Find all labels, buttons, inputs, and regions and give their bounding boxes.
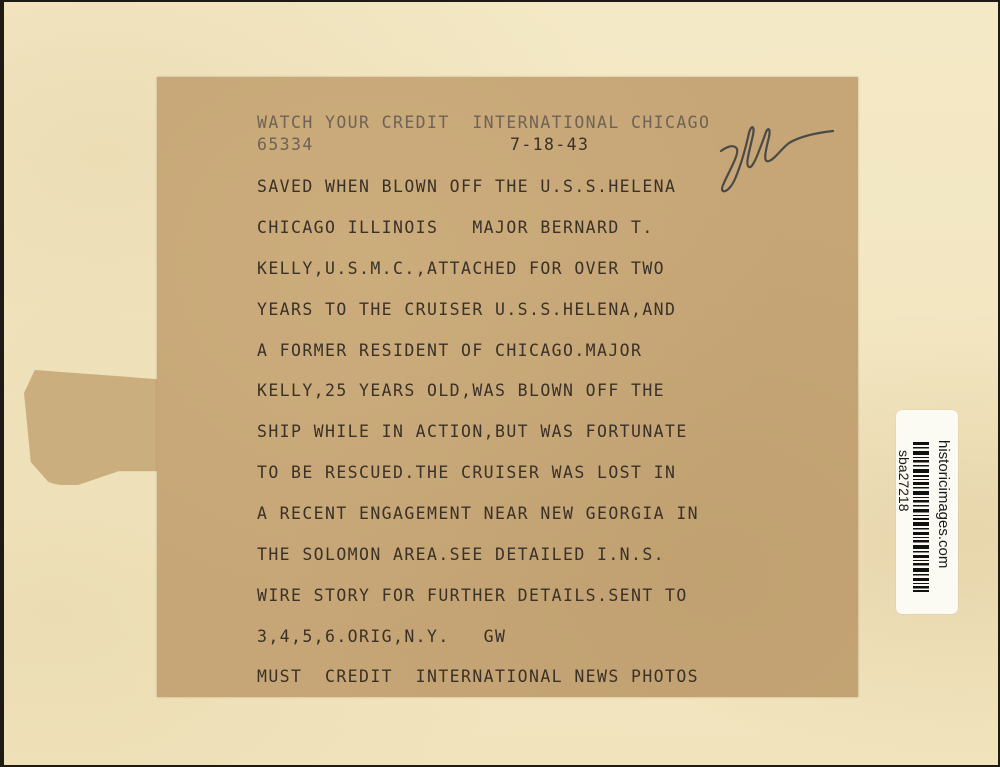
label-sku: sba27218 [896,450,912,512]
caption-line: KELLY,U.S.M.C.,ATTACHED FOR OVER TWO [257,261,665,278]
barcode-icon [913,442,929,592]
caption-line: WIRE STORY FOR FURTHER DETAILS.SENT TO [257,588,688,605]
credit-header: WATCH YOUR CREDIT INTERNATIONAL CHICAGO [257,115,710,132]
caption-line: A RECENT ENGAGEMENT NEAR NEW GEORGIA IN [257,506,699,523]
caption-line: YEARS TO THE CRUISER U.S.S.HELENA,AND [257,302,676,319]
caption-sheet: WATCH YOUR CREDIT INTERNATIONAL CHICAGO … [157,77,858,697]
inventory-label: historicimages.com sba27218 [896,410,958,614]
caption-line: A FORMER RESIDENT OF CHICAGO.MAJOR [257,343,642,360]
caption-line: THE SOLOMON AREA.SEE DETAILED I.N.S. [257,547,665,564]
caption-line: SHIP WHILE IN ACTION,BUT WAS FORTUNATE [257,424,688,441]
caption-line: CHICAGO ILLINOIS MAJOR BERNARD T. [257,220,654,237]
label-site: historicimages.com [935,440,952,568]
caption-line: KELLY,25 YEARS OLD,WAS BLOWN OFF THE [257,383,665,400]
distribution-line: 3,4,5,6.ORIG,N.Y. GW [257,629,506,646]
handwritten-file-note-icon [715,115,835,195]
credit-footer: MUST CREDIT INTERNATIONAL NEWS PHOTOS [257,669,699,686]
glue-stain [24,370,159,485]
caption-date: 7-18-43 [510,137,589,154]
photo-number: 65334 [257,137,314,154]
photo-back: WATCH YOUR CREDIT INTERNATIONAL CHICAGO … [4,2,998,765]
caption-line: TO BE RESCUED.THE CRUISER WAS LOST IN [257,465,676,482]
caption-line: SAVED WHEN BLOWN OFF THE U.S.S.HELENA [257,179,676,196]
